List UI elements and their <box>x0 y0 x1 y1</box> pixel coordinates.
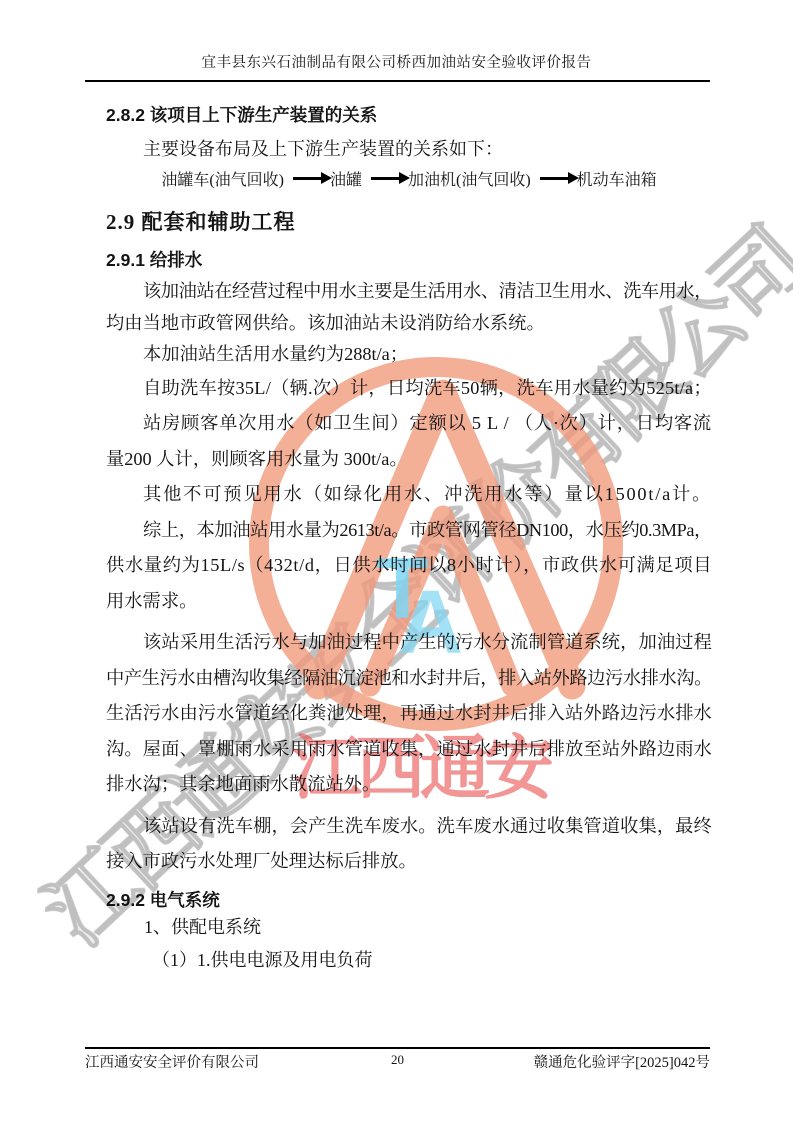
body-line: 综上，本加油站用水量为2613t/a。市政管网管径DN100，水压约0.3MPa… <box>106 513 712 549</box>
body-text: 该加油站在经营过程中用水主要是生活用水、清洁卫生用水、洗车用水，均由当地市政管网… <box>106 276 712 880</box>
body-line-text: 供水量约为15L/s（432t/d，日供水时间以8小时计），市政供水可满足项目 <box>106 548 712 584</box>
body-line: 均由当地市政管网供给。该加油站未设消防给水系统。 <box>106 308 712 340</box>
document-content: 宜丰县东兴石油制品有限公司桥西加油站安全验收评价报告 2.8.2 该项目上下游生… <box>0 0 793 1122</box>
list-item-power-system: 1、供配电系统 <box>144 913 261 939</box>
body-line-text: 综上，本加油站用水量为2613t/a。市政管网管径DN100，水压约0.3MPa… <box>143 513 712 549</box>
body-line-text: 该站采用生活污水与加油过程中产生的污水分流制管道系统，加油过程 <box>143 625 712 661</box>
body-line-text: 该加油站在经营过程中用水主要是生活用水、清洁卫生用水、洗车用水， <box>143 276 712 308</box>
section-heading-2-9-2: 2.9.2 电气系统 <box>106 887 220 912</box>
body-line-text: 中产生污水由槽沟收集经隔油沉淀池和水封井后，排入站外路边污水排水沟。 <box>106 661 712 697</box>
body-line: 该站设有洗车棚，会产生洗车废水。洗车废水通过收集管道收集，最终 <box>106 809 712 845</box>
body-line: 沟。屋面、罩棚雨水采用雨水管道收集，通过水封井后排放至站外路边雨水 <box>106 732 712 768</box>
flow-step: 加油机(油气回收) <box>408 167 531 190</box>
equipment-flow: 油罐车(油气回收)油罐加油机(油气回收)机动车油箱 <box>106 167 712 190</box>
flow-step: 油罐车(油气回收) <box>161 167 284 190</box>
header-rule <box>85 80 710 82</box>
flow-arrow-icon <box>540 177 570 179</box>
body-line-text: 站房顾客单次用水（如卫生间）定额以 5 L / （人·次）计，日均客流 <box>143 406 712 442</box>
body-line-text: 自助洗车按35L/（辆.次）计，日均洗车50辆，洗车用水量约为525t/a； <box>143 371 712 407</box>
body-line-text: 其他不可预见用水（如绿化用水、冲洗用水等）量以1500t/a计。 <box>143 477 712 513</box>
body-line: 生活污水由污水管道经化粪池处理，再通过水封井后排入站外路边污水排水 <box>106 696 712 732</box>
body-line: 接入市政污水处理厂处理达标后排放。 <box>106 844 712 880</box>
flow-step: 油罐 <box>330 167 362 190</box>
footer-rule <box>85 1047 710 1049</box>
section-heading-2-8-2: 2.8.2 该项目上下游生产装置的关系 <box>106 102 377 127</box>
body-line-text: 量200 人计，则顾客用水量为 300t/a。 <box>106 442 408 478</box>
section-heading-2-9: 2.9 配套和辅助工程 <box>106 206 296 236</box>
body-line: 用水需求。 <box>106 584 712 620</box>
body-line: 中产生污水由槽沟收集经隔油沉淀池和水封井后，排入站外路边污水排水沟。 <box>106 661 712 697</box>
body-line: 本加油站生活用水量约为288t/a； <box>106 339 712 371</box>
body-line: 量200 人计，则顾客用水量为 300t/a。 <box>106 442 712 478</box>
body-line-text: 该站设有洗车棚，会产生洗车废水。洗车废水通过收集管道收集，最终 <box>143 809 712 845</box>
footer-doc-number: 赣通危化验评字[2025]042号 <box>534 1051 710 1072</box>
body-line-text: 用水需求。 <box>106 584 197 620</box>
body-line: 该站采用生活污水与加油过程中产生的污水分流制管道系统，加油过程 <box>106 625 712 661</box>
body-line-text: 生活污水由污水管道经化粪池处理，再通过水封井后排入站外路边污水排水 <box>106 696 712 732</box>
flow-arrow-icon <box>293 177 323 179</box>
paragraph-intro: 主要设备布局及上下游生产装置的关系如下： <box>143 135 503 161</box>
body-line-text: 本加油站生活用水量约为288t/a； <box>143 339 408 371</box>
flow-step: 机动车油箱 <box>577 167 657 190</box>
body-line: 自助洗车按35L/（辆.次）计，日均洗车50辆，洗车用水量约为525t/a； <box>106 371 712 407</box>
report-header-title: 宜丰县东兴石油制品有限公司桥西加油站安全验收评价报告 <box>0 51 793 72</box>
body-line-text: 接入市政污水处理厂处理达标后排放。 <box>106 844 417 880</box>
report-page: 江西通安安全评价有限公司 T A 江西通安 宜丰县东兴石油制品有限公司桥西加油站… <box>0 0 793 1122</box>
flow-arrow-icon <box>371 177 401 179</box>
section-heading-2-9-1: 2.9.1 给排水 <box>106 247 202 272</box>
body-line: 站房顾客单次用水（如卫生间）定额以 5 L / （人·次）计，日均客流 <box>106 406 712 442</box>
list-item-power-source: （1）1.供电电源及用电负荷 <box>152 946 373 972</box>
body-line-text: 排水沟；其余地面雨水散流站外。 <box>106 767 380 803</box>
body-line: 供水量约为15L/s（432t/d，日供水时间以8小时计），市政供水可满足项目 <box>106 548 712 584</box>
body-line-text: 沟。屋面、罩棚雨水采用雨水管道收集，通过水封井后排放至站外路边雨水 <box>106 732 712 768</box>
body-line: 排水沟；其余地面雨水散流站外。 <box>106 767 712 803</box>
body-line: 其他不可预见用水（如绿化用水、冲洗用水等）量以1500t/a计。 <box>106 477 712 513</box>
body-line-text: 均由当地市政管网供给。该加油站未设消防给水系统。 <box>106 308 545 340</box>
body-line: 该加油站在经营过程中用水主要是生活用水、清洁卫生用水、洗车用水， <box>106 276 712 308</box>
